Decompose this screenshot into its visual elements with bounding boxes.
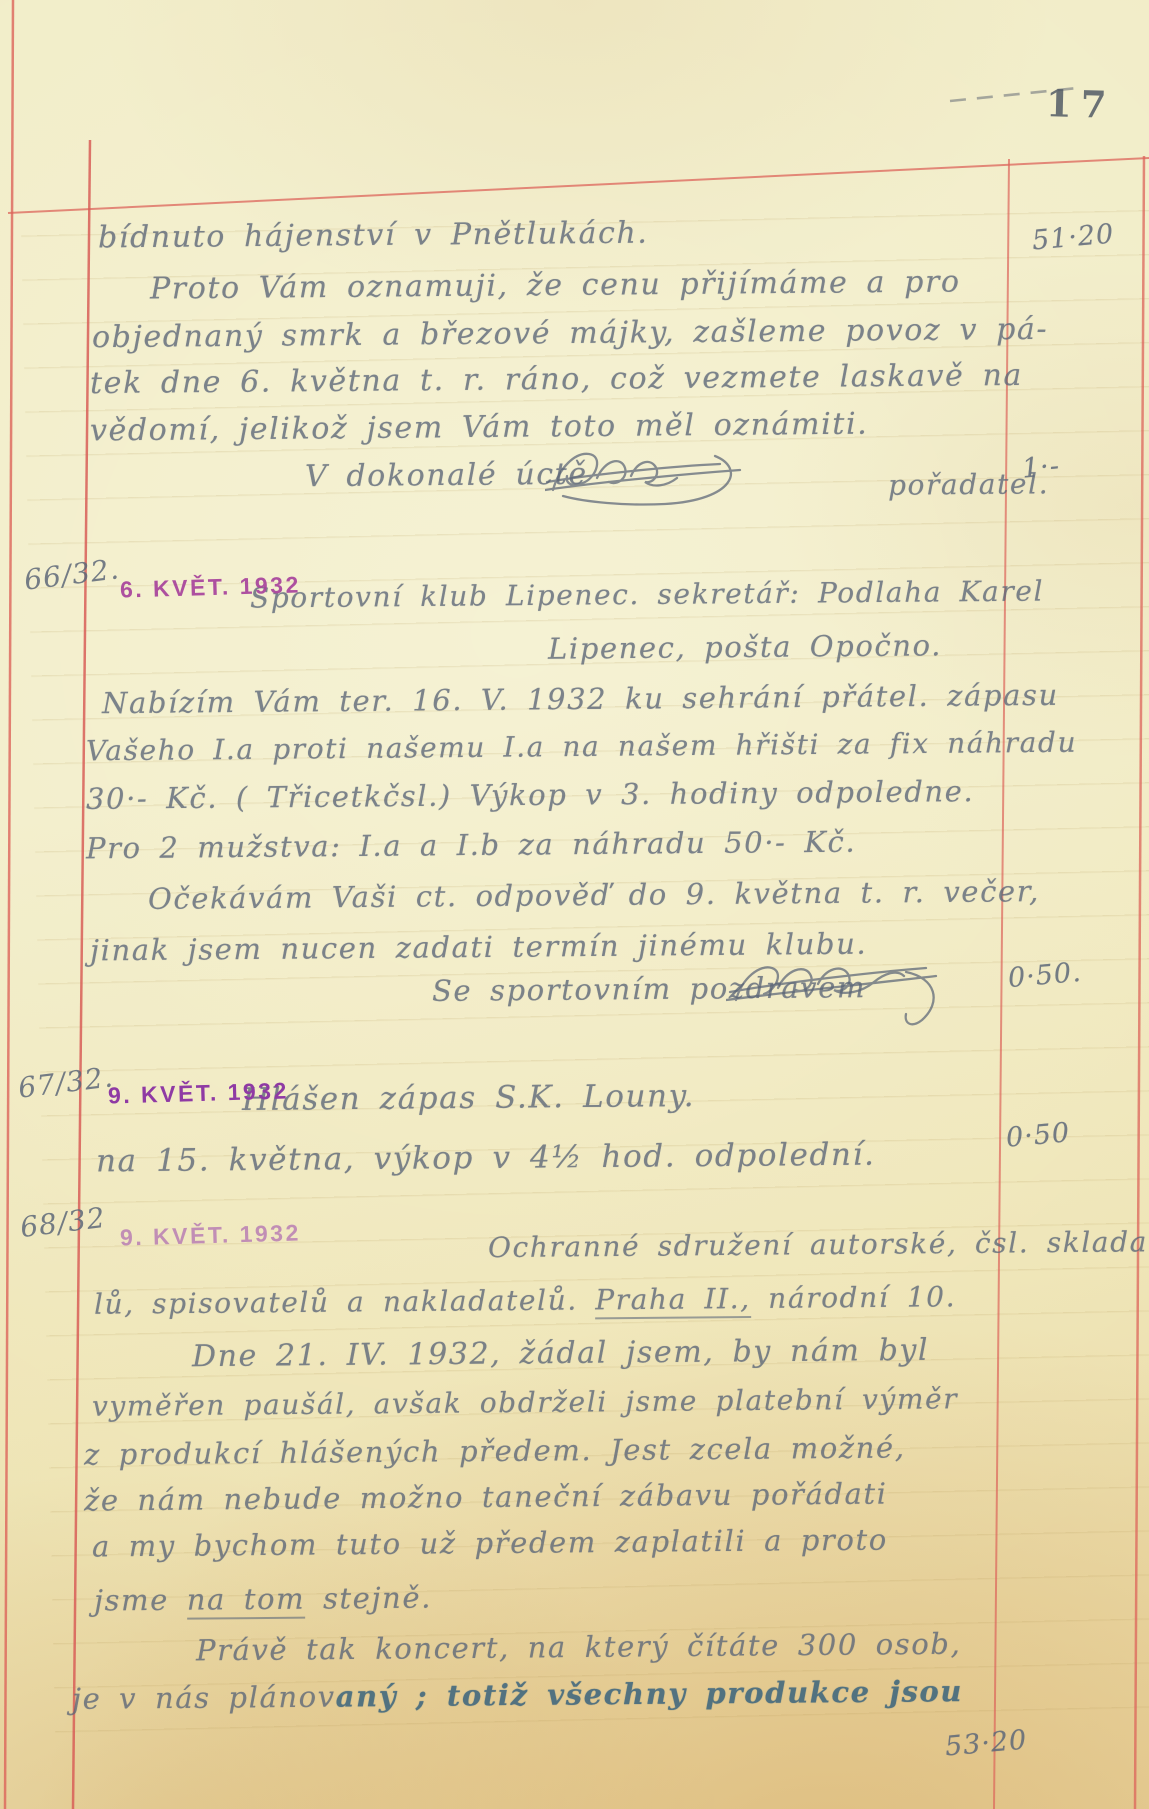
entry-margin-number: 68/32 xyxy=(18,1201,107,1244)
handwritten-line: na 15. května, výkop v 4½ hod. odpolední… xyxy=(96,1137,876,1180)
entry-margin-number: 66/32. xyxy=(22,552,121,596)
handwritten-line: Hlášen zápas S.K. Louny. xyxy=(242,1078,695,1118)
handwritten-line: je v nás plánovaný ; totiž všechny produ… xyxy=(72,1674,963,1716)
entries-container: 51·201·-bídnuto hájenství v Pnětlukách.P… xyxy=(0,0,1149,1809)
date-stamp: 9. KVĚT. 1932 xyxy=(108,1077,289,1109)
handwritten-line: Vašeho I.a proti našemu I.a na našem hři… xyxy=(86,726,1077,768)
handwritten-line: z produkcí hlášených předem. Jest zcela … xyxy=(84,1430,906,1471)
amount-value: 51·20 xyxy=(1031,218,1116,256)
handwritten-line: a my bychom tuto už předem zaplatili a p… xyxy=(92,1523,888,1564)
amount-value: 0·50 xyxy=(1005,1117,1072,1153)
handwritten-line: 30·- Kč. ( Třicetkčsl.) Výkop v 3. hodin… xyxy=(86,774,975,816)
amount-value: 1·- xyxy=(1021,450,1061,484)
amount-value: 53·20 xyxy=(944,1724,1029,1762)
crossed-out-signature xyxy=(726,942,956,1037)
handwritten-line: Sportovní klub Lipenec. sekretář: Podlah… xyxy=(250,575,1044,615)
handwritten-line: vyměřen paušál, avšak obdrželi jsme plat… xyxy=(92,1382,958,1423)
handwritten-line: Očekávám Vaši ct. odpověď do 9. května t… xyxy=(148,874,1040,916)
handwritten-line: objednaný smrk a březové májky, zašleme … xyxy=(92,312,1048,355)
handwritten-line: Lipenec, pošta Opočno. xyxy=(548,628,942,665)
handwritten-line: Ochranné sdružení autorské, čsl. skladat… xyxy=(488,1225,1149,1264)
date-stamp: 6. KVĚT. 1932 xyxy=(120,571,301,603)
ledger-page: 17 51·201·-bídnuto hájenství v Pnětlukác… xyxy=(0,0,1149,1809)
handwritten-line: tek dne 6. května t. r. ráno, což vezmet… xyxy=(90,358,1023,401)
crossed-out-signature xyxy=(545,438,760,523)
handwritten-line: Dne 21. IV. 1932, žádal jsem, by nám byl xyxy=(192,1333,929,1374)
handwritten-line: jsme na tom stejně. xyxy=(94,1581,432,1618)
handwritten-line: Proto Vám oznamuji, že cenu přijímáme a … xyxy=(150,264,961,306)
handwritten-line: Pro 2 mužstva: I.a a I.b za náhradu 50·-… xyxy=(86,825,857,866)
amount-value: 0·50. xyxy=(1007,957,1083,994)
entry-margin-number: 67/32. xyxy=(16,1060,115,1104)
handwritten-line: Nabízím Vám ter. 16. V. 1932 ku sehrání … xyxy=(102,678,1059,720)
date-stamp: 9. KVĚT. 1932 xyxy=(120,1219,301,1251)
handwritten-line: že nám nebude možno taneční zábavu pořád… xyxy=(84,1476,888,1517)
handwritten-line: Právě tak koncert, na který čítáte 300 o… xyxy=(196,1627,962,1668)
handwritten-line: bídnuto hájenství v Pnětlukách. xyxy=(98,216,649,256)
handwritten-line: lů, spisovatelů a nakladatelů. Praha II.… xyxy=(94,1280,956,1321)
